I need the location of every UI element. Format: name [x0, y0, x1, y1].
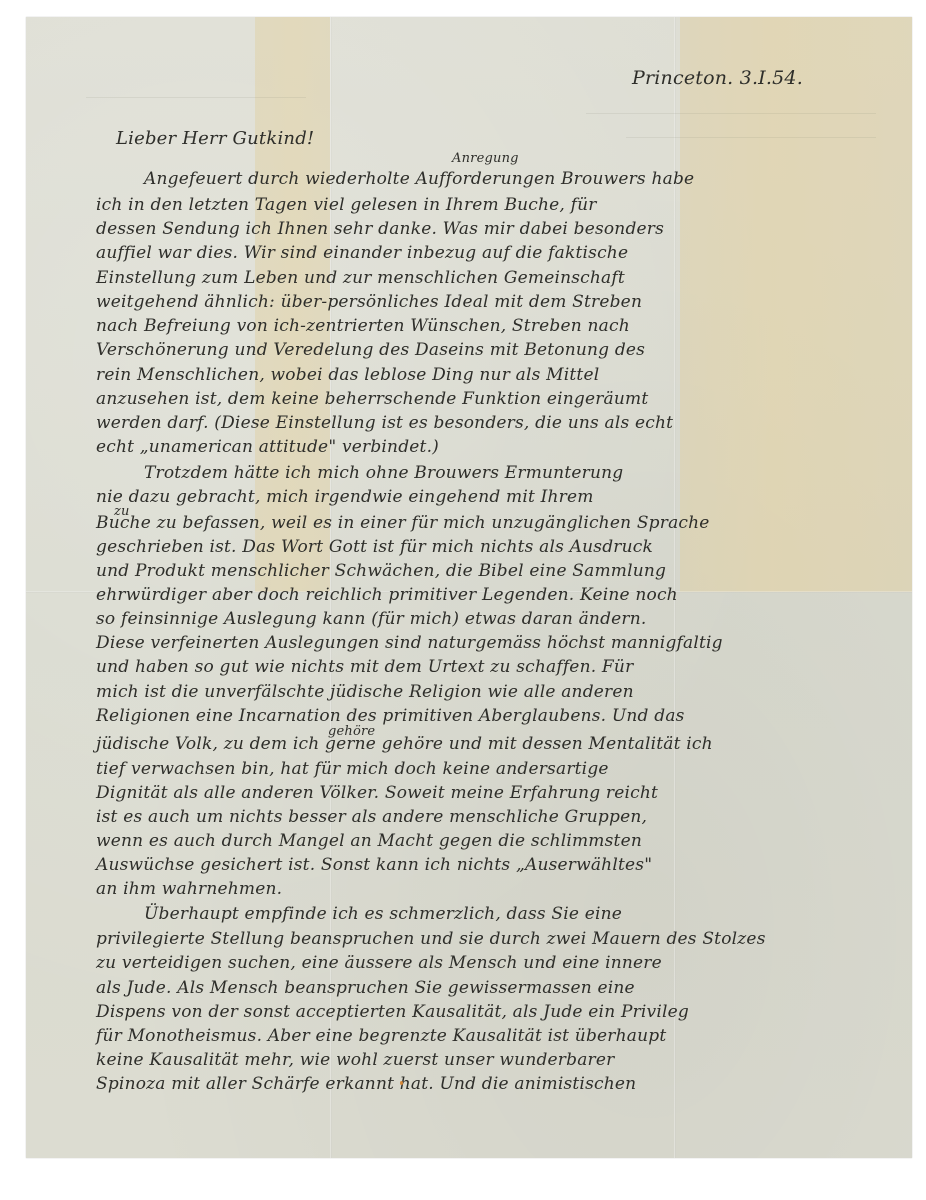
bleed-through-text	[86, 97, 306, 98]
letter-line-20: Diese verfeinerten Auslegungen sind natu…	[96, 635, 723, 652]
letter-line-31: Überhaupt empfinde ich es schmerzlich, d…	[144, 906, 622, 923]
letter-line-17: und Produkt menschlicher Schwächen, die …	[96, 563, 666, 580]
letter-page: Princeton. 3.I.54. Lieber Herr Gutkind! …	[26, 17, 912, 1158]
ink-speck	[400, 1081, 403, 1085]
letter-line-38: Spinoza mit aller Schärfe erkannt hat. U…	[96, 1076, 636, 1093]
letter-line-13: Trotzdem hätte ich mich ohne Brouwers Er…	[144, 465, 623, 482]
letter-line-6: weitgehend ähnlich: über-persönliches Id…	[96, 294, 642, 311]
letter-line-12: echt „unamerican attitude" verbindet.)	[96, 439, 439, 456]
letter-line-30: an ihm wahrnehmen.	[96, 881, 282, 898]
bleed-through-text	[626, 137, 876, 138]
letter-line-34: als Jude. Als Mensch beanspruchen Sie ge…	[96, 980, 635, 997]
letter-line-29: Auswüchse gesichert ist. Sonst kann ich …	[96, 857, 652, 874]
letter-line-35: Dispens von der sonst acceptierten Kausa…	[96, 1004, 689, 1021]
letter-line-3: dessen Sendung ich Ihnen sehr danke. Was…	[96, 221, 664, 238]
letter-line-28: wenn es auch durch Mangel an Macht gegen…	[96, 833, 642, 850]
letter-line-10: anzusehen ist, dem keine beherrschende F…	[96, 391, 648, 408]
letter-line-22: mich ist die unverfälschte jüdische Reli…	[96, 684, 634, 701]
letter-line-25: tief verwachsen bin, hat für mich doch k…	[96, 761, 609, 778]
letter-line-2: ich in den letzten Tagen viel gelesen in…	[96, 197, 597, 214]
letter-line-11: werden darf. (Diese Einstellung ist es b…	[96, 415, 673, 432]
bleed-through-text	[586, 113, 876, 114]
salutation: Lieber Herr Gutkind!	[116, 130, 314, 148]
letter-line-16: geschrieben ist. Das Wort Gott ist für m…	[96, 539, 653, 556]
letter-line-37: keine Kausalität mehr, wie wohl zuerst u…	[96, 1052, 614, 1069]
letter-line-36: für Monotheismus. Aber eine begrenzte Ka…	[96, 1028, 666, 1045]
letter-line-26: Dignität als alle anderen Völker. Soweit…	[96, 785, 658, 802]
letter-line-4: auffiel war dies. Wir sind einander inbe…	[96, 245, 628, 262]
letter-line-9: rein Menschlichen, wobei das leblose Din…	[96, 367, 599, 384]
letter-line-18: ehrwürdiger aber doch reichlich primitiv…	[96, 587, 678, 604]
place-date: Princeton. 3.I.54.	[632, 69, 803, 88]
letter-line-1: Angefeuert durch wiederholte Aufforderun…	[144, 171, 694, 188]
letter-line-19: so feinsinnige Auslegung kann (für mich)…	[96, 611, 647, 628]
letter-line-8: Verschönerung und Veredelung des Daseins…	[96, 342, 645, 359]
letter-line-24: jüdische Volk, zu dem ich gerne gehöre u…	[96, 736, 713, 753]
letter-line-5: Einstellung zum Leben und zur menschlich…	[96, 270, 625, 287]
letter-line-33: zu verteidigen suchen, eine äussere als …	[96, 955, 662, 972]
letter-line-7: nach Befreiung von ich-zentrierten Wünsc…	[96, 318, 630, 335]
letter-line-15: Buche zu befassen, weil es in einer für …	[96, 515, 710, 532]
letter-line-32: privilegierte Stellung beanspruchen und …	[96, 931, 766, 948]
letter-line-14: nie dazu gebracht, mich irgendwie eingeh…	[96, 489, 594, 506]
letter-line-23: Religionen eine Incarnation des primitiv…	[96, 708, 685, 725]
letter-line-27: ist es auch um nichts besser als andere …	[96, 809, 647, 826]
insertion-anregung: Anregung	[452, 152, 519, 165]
letter-line-21: und haben so gut wie nichts mit dem Urte…	[96, 659, 633, 676]
aged-tape-strip-right	[680, 17, 912, 592]
